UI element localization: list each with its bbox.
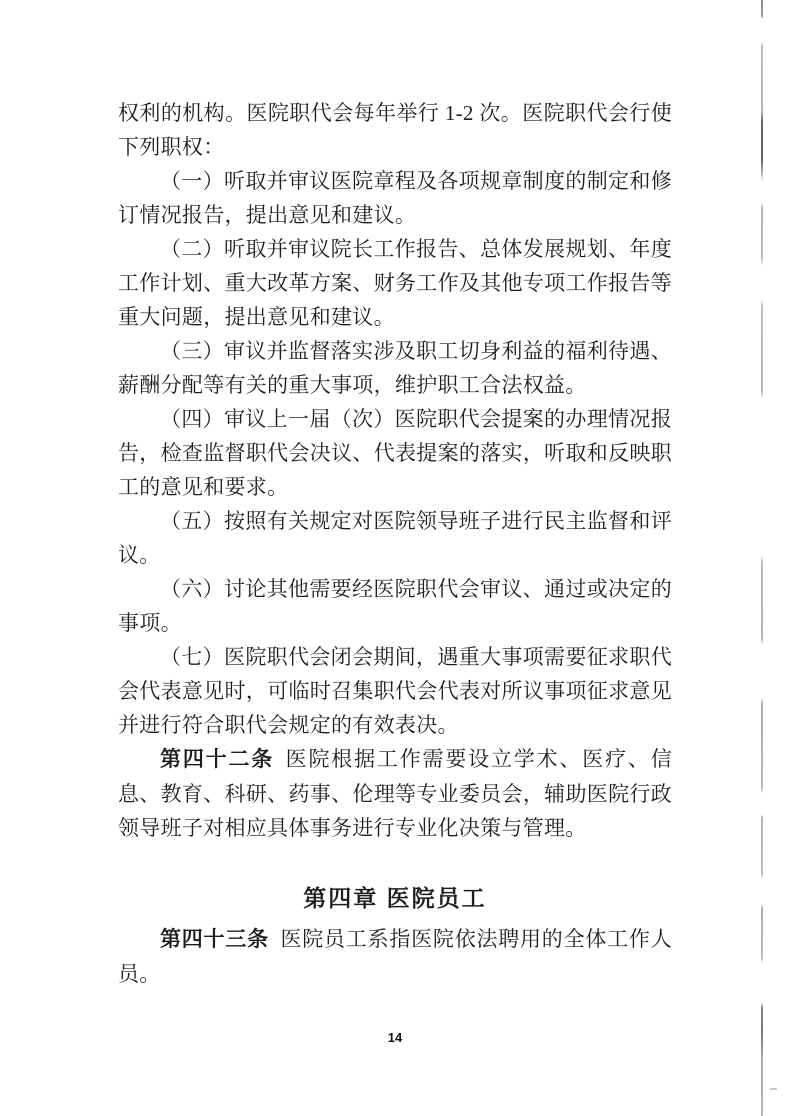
scan-speck <box>770 1088 777 1090</box>
page-content: 权利的机构。医院职代会每年举行 1-2 次。医院职代会行使下列职权： （一）听取… <box>118 96 672 991</box>
article-42-paragraph: 第四十二条医院根据工作需要设立学术、医疗、信息、教育、科研、药事、伦理等专业委员… <box>118 742 672 845</box>
page-footer: 14 <box>0 1030 790 1045</box>
body-paragraph-item-1: （一）听取并审议医院章程及各项规章制度的制定和修订情况报告，提出意见和建议。 <box>118 164 672 232</box>
article-43-paragraph: 第四十三条医院员工系指医院依法聘用的全体工作人员。 <box>118 922 672 991</box>
body-paragraph-continuation: 权利的机构。医院职代会每年举行 1-2 次。医院职代会行使下列职权： <box>118 96 672 164</box>
body-paragraph-item-3: （三）审议并监督落实涉及职工切身利益的福利待遇、薪酬分配等有关的重大事项，维护职… <box>118 334 672 402</box>
article-42-number: 第四十二条 <box>160 748 274 771</box>
page-number: 14 <box>388 1030 402 1045</box>
document-page: 权利的机构。医院职代会每年举行 1-2 次。医院职代会行使下列职权： （一）听取… <box>0 0 790 1116</box>
article-43-number: 第四十三条 <box>160 928 269 951</box>
body-paragraph-item-2: （二）听取并审议院长工作报告、总体发展规划、年度工作计划、重大改革方案、财务工作… <box>118 232 672 334</box>
body-paragraph-item-7: （七）医院职代会闭会期间，遇重大事项需要征求职代会代表意见时，可临时召集职代会代… <box>118 640 672 742</box>
body-paragraph-item-6: （六）讨论其他需要经医院职代会审议、通过或决定的事项。 <box>118 572 672 640</box>
chapter-heading: 第四章 医院员工 <box>118 883 672 913</box>
body-paragraph-item-4: （四）审议上一届（次）医院职代会提案的办理情况报告，检查监督职代会决议、代表提案… <box>118 402 672 504</box>
body-paragraph-item-5: （五）按照有关规定对医院领导班子进行民主监督和评议。 <box>118 504 672 572</box>
scan-artifact-line <box>761 0 763 1116</box>
